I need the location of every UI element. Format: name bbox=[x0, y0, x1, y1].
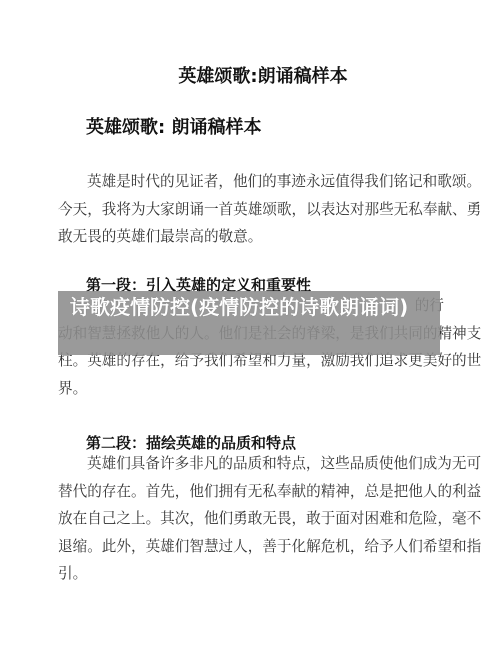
paragraph-line: 英雄是时代的见证者，他们的事迹永远值得我们铭记和歌颂。 bbox=[58, 168, 444, 196]
paragraph-line: 放在自己之上。其次，他们勇敢无畏，敢于面对困难和危险，毫不 bbox=[58, 505, 444, 533]
paragraph-line: 今天，我将为大家朗诵一首英雄颂歌，以表达对那些无私奉献、勇 bbox=[58, 196, 444, 224]
paragraph-line: 敢无畏的英雄们最崇高的敬意。 bbox=[58, 223, 444, 251]
overlay-title[interactable]: 诗歌疫情防控(疫情防控的诗歌朗诵词) bbox=[70, 293, 450, 321]
paragraph-line: 退缩。此外，英雄们智慧过人，善于化解危机，给予人们希望和指 bbox=[58, 533, 444, 561]
section-2-paragraph: 英雄们具备许多非凡的品质和特点，这些品质使他们成为无可 替代的存在。首先，他们拥… bbox=[58, 450, 444, 588]
paragraph-line: 英雄们具备许多非凡的品质和特点，这些品质使他们成为无可 bbox=[58, 450, 444, 478]
intro-paragraph: 英雄是时代的见证者，他们的事迹永远值得我们铭记和歌颂。 今天，我将为大家朗诵一首… bbox=[58, 168, 444, 251]
paragraph-line: 界。 bbox=[58, 375, 444, 403]
paragraph-line: 引。 bbox=[58, 560, 444, 588]
page-title: 英雄颂歌:朗诵稿样本 bbox=[0, 62, 500, 88]
document-heading: 英雄颂歌: 朗诵稿样本 bbox=[86, 113, 261, 139]
paragraph-line: 替代的存在。首先，他们拥有无私奉献的精神，总是把他人的利益 bbox=[58, 478, 444, 506]
